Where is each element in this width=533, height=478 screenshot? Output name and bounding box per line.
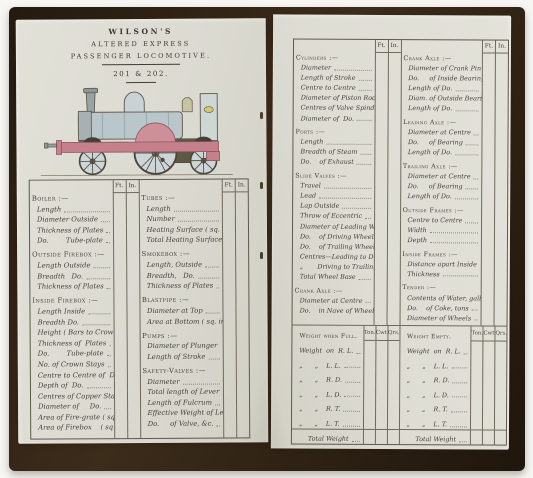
value-cell bbox=[387, 147, 400, 157]
book-photograph: WILSON'S ALTERED EXPRESS PASSENGER LOCOM… bbox=[0, 0, 533, 478]
spec-row: Length, Outside bbox=[140, 259, 249, 270]
section-heading: Inside Firebox :— bbox=[30, 295, 139, 306]
value-cell bbox=[387, 201, 400, 211]
dotted-leader bbox=[206, 313, 220, 314]
units-header: Ft.In. bbox=[401, 40, 508, 54]
value-cell bbox=[387, 371, 399, 386]
value-cell bbox=[236, 351, 249, 362]
value-cell bbox=[386, 296, 399, 306]
value-cell bbox=[373, 262, 386, 272]
value-cell bbox=[375, 341, 387, 356]
spec-row: Centre to Centre of Do. bbox=[31, 370, 140, 381]
dotted-leader bbox=[198, 277, 219, 278]
value-cell bbox=[113, 250, 126, 261]
value-cell bbox=[113, 359, 126, 370]
chimney bbox=[86, 91, 95, 112]
filler bbox=[141, 429, 250, 438]
cab-panel bbox=[200, 94, 217, 141]
value-cell bbox=[112, 204, 125, 215]
dotted-leader bbox=[451, 367, 467, 368]
spec-row: Thickness of Plates bbox=[140, 281, 249, 292]
value-cell bbox=[494, 128, 507, 138]
value-cell bbox=[126, 271, 139, 282]
value-cell bbox=[236, 330, 249, 341]
value-cell bbox=[495, 74, 508, 84]
value-cell bbox=[363, 400, 375, 415]
spec-row: Diameter at Centre bbox=[293, 295, 400, 306]
value-cell bbox=[470, 386, 482, 401]
value-cell bbox=[494, 357, 506, 372]
spec-row: Do. in Nave of Wheel bbox=[293, 305, 400, 316]
section-heading: Leading Axle :— bbox=[401, 117, 508, 128]
value-cell bbox=[375, 371, 387, 386]
dotted-leader bbox=[205, 267, 219, 268]
value-cell bbox=[127, 422, 140, 433]
value-cell bbox=[482, 371, 494, 386]
value-cell bbox=[387, 181, 400, 191]
spec-row: Length bbox=[293, 137, 400, 148]
value-cell bbox=[494, 313, 507, 323]
weight-row: „ „ L. L. bbox=[292, 356, 399, 371]
spec-row: Centre to Centre bbox=[294, 83, 401, 94]
value-cell bbox=[494, 269, 507, 279]
value-cell bbox=[481, 293, 494, 303]
spec-row: Length of Do. bbox=[401, 147, 508, 158]
value-cell bbox=[222, 214, 235, 225]
value-cell bbox=[363, 385, 375, 400]
dotted-leader bbox=[208, 358, 219, 359]
dotted-leader bbox=[93, 267, 109, 268]
spec-row: Number bbox=[139, 214, 248, 225]
dotted-leader bbox=[178, 221, 219, 222]
value-cell bbox=[235, 203, 248, 214]
value-cell bbox=[223, 376, 236, 387]
value-cell bbox=[374, 201, 387, 211]
value-cell bbox=[235, 235, 248, 246]
main-frame bbox=[60, 142, 218, 153]
spec-row: Centres of Valve Spindles bbox=[294, 103, 401, 114]
value-cell bbox=[236, 386, 249, 397]
value-cell bbox=[482, 400, 494, 415]
value-cell bbox=[494, 182, 507, 192]
value-cell bbox=[387, 341, 399, 356]
dotted-leader bbox=[472, 310, 478, 311]
value-cell bbox=[387, 114, 400, 124]
spec-row: Diameter of Piston Rod bbox=[294, 93, 401, 104]
value-cell: Qrs. bbox=[387, 326, 399, 341]
value-cell bbox=[125, 204, 138, 215]
spec-row: Length bbox=[30, 204, 139, 215]
value-cell bbox=[236, 376, 249, 387]
engine-numbers: 201 & 202. bbox=[16, 70, 266, 80]
value-cell bbox=[482, 53, 495, 63]
dotted-leader bbox=[104, 409, 110, 410]
value-cell bbox=[223, 408, 236, 419]
value-cell bbox=[494, 172, 507, 182]
value-cell bbox=[495, 94, 508, 104]
value-cell bbox=[127, 401, 140, 412]
value-cell bbox=[126, 295, 139, 306]
spec-row: Total Heating Surface, sq. ft. bbox=[140, 235, 249, 246]
filler bbox=[293, 315, 400, 325]
value-cell bbox=[481, 283, 494, 293]
value-cell bbox=[222, 270, 235, 281]
value-cell bbox=[113, 338, 126, 349]
section-heading: Safety-Valves :— bbox=[140, 365, 249, 376]
section-heading: Boiler :— bbox=[30, 193, 139, 204]
value-cell bbox=[387, 211, 400, 221]
value-cell bbox=[387, 53, 400, 63]
dotted-leader bbox=[452, 397, 467, 398]
value-cell bbox=[126, 359, 139, 370]
left-page: WILSON'S ALTERED EXPRESS PASSENGER LOCOM… bbox=[16, 18, 269, 444]
value-cell bbox=[222, 259, 235, 270]
value-cell bbox=[223, 418, 236, 429]
value-cell bbox=[235, 305, 248, 316]
spec-row: Length Outside bbox=[30, 260, 139, 271]
value-cell bbox=[386, 252, 399, 262]
value-cell bbox=[470, 430, 482, 444]
dotted-leader bbox=[324, 187, 371, 188]
spec-row: Do. of Trailing Wheels bbox=[293, 241, 400, 252]
value-cell bbox=[387, 171, 400, 181]
spec-row: Diameter of Crank Pin bbox=[401, 63, 508, 74]
weight-row: „ „ L. L. bbox=[400, 356, 507, 371]
weight-row: „ „ R. D. bbox=[292, 370, 399, 385]
dotted-leader bbox=[452, 382, 467, 383]
value-cell bbox=[386, 414, 398, 429]
value-cell: Ft. bbox=[482, 40, 495, 53]
value-cell bbox=[470, 342, 482, 357]
value-cell bbox=[494, 205, 507, 215]
value-cell bbox=[482, 415, 494, 430]
value-cell bbox=[375, 385, 387, 400]
value-cell bbox=[126, 306, 139, 317]
value-cell bbox=[481, 148, 494, 158]
spec-row: Do. of Valve, &c. bbox=[141, 418, 250, 429]
value-cell bbox=[373, 242, 386, 252]
weight-subtable: Weight when Full.Ton.Cwt.Qrs.Weight on R… bbox=[292, 325, 399, 444]
dotted-leader bbox=[359, 90, 372, 91]
spec-row: „ Driving to Trailing bbox=[293, 261, 400, 272]
spec-row: Do. of Bearing bbox=[401, 137, 508, 148]
spec-row: Diameter of Plunger bbox=[140, 341, 249, 352]
spec-row: Width bbox=[400, 225, 507, 236]
spec-row: Diam. of Outside Bearing bbox=[401, 93, 508, 104]
value-cell bbox=[482, 342, 494, 357]
value-cell bbox=[374, 53, 387, 63]
cylinders-axles-spec-table: Ft.In.Cylinders :—DiameterLength of Stro… bbox=[291, 38, 509, 445]
value-cell bbox=[482, 386, 494, 401]
value-cell bbox=[113, 348, 126, 359]
value-cell bbox=[387, 93, 400, 103]
spec-row: Area at Bottom ( sq. ins. ) bbox=[140, 316, 249, 327]
weight-row: „ „ R. T. bbox=[400, 400, 507, 415]
value-cell bbox=[223, 429, 236, 438]
spec-row: Centres of Copper Stays bbox=[31, 391, 140, 402]
dotted-leader bbox=[82, 324, 110, 325]
value-cell bbox=[494, 259, 507, 269]
value-cell bbox=[470, 415, 482, 430]
value-cell bbox=[235, 249, 248, 260]
dotted-leader bbox=[326, 144, 371, 145]
value-cell bbox=[113, 271, 126, 282]
value-cell bbox=[481, 313, 494, 323]
dotted-leader bbox=[109, 345, 110, 346]
value-cell bbox=[387, 73, 400, 83]
value-cell bbox=[223, 351, 236, 362]
weight-header: Weight when Full.Ton.Cwt.Qrs. bbox=[292, 326, 399, 342]
smokebox bbox=[78, 111, 91, 140]
title-block: WILSON'S ALTERED EXPRESS PASSENGER LOCOM… bbox=[16, 26, 266, 84]
value-cell bbox=[386, 232, 399, 242]
spec-row: Thickness bbox=[400, 269, 507, 280]
dotted-leader bbox=[345, 381, 360, 382]
value-cell bbox=[374, 83, 387, 93]
spec-row: Thickness of Plates bbox=[30, 281, 139, 292]
value-cell bbox=[495, 64, 508, 74]
spec-row: Do. of Inside Bearing bbox=[401, 73, 508, 84]
value-cell bbox=[494, 342, 506, 357]
value-cell bbox=[481, 192, 494, 202]
value-cell bbox=[374, 127, 387, 137]
value-cell: Ft. bbox=[222, 179, 235, 192]
spec-row: Length Inside bbox=[30, 306, 139, 317]
weight-row: Weight on R. L. bbox=[400, 341, 507, 356]
safety-valve-column bbox=[182, 98, 192, 112]
spec-row: Length of Do. bbox=[401, 104, 508, 115]
value-cell bbox=[236, 341, 249, 352]
value-cell bbox=[387, 137, 400, 147]
value-cell bbox=[223, 330, 236, 341]
value-cell bbox=[375, 356, 387, 371]
value-cell bbox=[112, 214, 125, 225]
spec-row: Diameter of Wheels bbox=[400, 313, 507, 324]
spec-row: Height ( Bars to Crown ) bbox=[31, 327, 140, 338]
value-cell bbox=[223, 341, 236, 352]
value-cell bbox=[387, 63, 400, 73]
value-cell bbox=[374, 430, 386, 444]
dotted-leader bbox=[357, 164, 371, 165]
section-heading: Outside Frames :— bbox=[401, 205, 508, 216]
spec-row: No. of Crown Stays bbox=[31, 359, 140, 370]
title-rule bbox=[102, 64, 180, 66]
spec-row: Breadth Do. bbox=[30, 271, 139, 282]
value-cell bbox=[482, 84, 495, 94]
dotted-leader bbox=[455, 198, 478, 199]
value-cell bbox=[374, 137, 387, 147]
value-cell bbox=[236, 418, 249, 429]
dotted-leader bbox=[107, 356, 111, 357]
value-cell bbox=[236, 365, 249, 376]
value-cell bbox=[375, 400, 387, 415]
dotted-leader bbox=[455, 90, 478, 91]
value-cell bbox=[126, 281, 139, 292]
dotted-leader bbox=[455, 154, 478, 155]
section-heading: Crank Axle :— bbox=[401, 53, 508, 64]
dotted-leader bbox=[88, 313, 110, 314]
value-cell bbox=[362, 430, 374, 444]
value-cell bbox=[374, 63, 387, 73]
value-cell bbox=[481, 128, 494, 138]
value-cell bbox=[127, 412, 140, 423]
dotted-leader bbox=[106, 232, 109, 233]
spec-row: Centres—Leading to Driving bbox=[293, 251, 400, 262]
weight-header: Weight Empty.Ton.Cwt.Qrs. bbox=[400, 326, 507, 342]
value-cell bbox=[126, 348, 139, 359]
dotted-leader bbox=[474, 178, 479, 179]
value-cell bbox=[373, 306, 386, 316]
dotted-leader bbox=[474, 320, 477, 321]
value-cell: Ft. bbox=[112, 180, 125, 193]
dotted-leader bbox=[334, 69, 371, 70]
value-cell bbox=[494, 215, 507, 225]
book-title: WILSON'S bbox=[16, 26, 266, 37]
value-cell bbox=[494, 283, 507, 293]
value-cell bbox=[236, 397, 249, 408]
value-cell bbox=[114, 401, 127, 412]
dotted-leader bbox=[466, 188, 479, 189]
value-cell bbox=[387, 400, 399, 415]
section-heading: Cylinders :— bbox=[294, 52, 401, 63]
units-header: Ft.In. bbox=[30, 180, 139, 194]
section-heading: Crank Axle :— bbox=[293, 285, 400, 296]
value-cell bbox=[386, 272, 399, 282]
weight-row: „ „ L. D. bbox=[292, 385, 399, 400]
value-cell bbox=[374, 113, 387, 123]
value-cell bbox=[387, 157, 400, 167]
dotted-leader bbox=[455, 110, 478, 111]
value-cell bbox=[113, 370, 126, 381]
spec-row: Diameter at Centre bbox=[401, 127, 508, 138]
dotted-leader bbox=[352, 440, 360, 441]
value-cell bbox=[374, 191, 387, 201]
book-subtitle-1: ALTERED EXPRESS bbox=[16, 39, 266, 49]
value-cell bbox=[126, 249, 139, 260]
section-heading: Smokebox :— bbox=[140, 249, 249, 260]
value-cell bbox=[222, 224, 235, 235]
value-cell: In. bbox=[495, 41, 508, 54]
chimney-cap bbox=[84, 88, 98, 93]
value-cell bbox=[363, 356, 375, 371]
value-cell bbox=[126, 327, 139, 338]
value-cell bbox=[482, 118, 495, 128]
value-cell bbox=[113, 260, 126, 271]
weight-row: Weight on R. L. bbox=[292, 341, 399, 356]
value-cell bbox=[494, 386, 506, 401]
section-heading: Pumps :— bbox=[140, 330, 249, 341]
dotted-leader bbox=[365, 218, 371, 219]
spec-row: Diameter bbox=[140, 376, 249, 387]
binding-stitch bbox=[260, 112, 263, 119]
spec-row: Effective Weight of Lever bbox=[141, 408, 250, 419]
spec-row: Length of Do. bbox=[401, 191, 508, 202]
dotted-leader bbox=[215, 404, 220, 405]
value-cell bbox=[387, 385, 399, 400]
value-cell bbox=[113, 235, 126, 246]
value-cell bbox=[481, 172, 494, 182]
value-cell bbox=[386, 242, 399, 252]
value-cell bbox=[494, 431, 506, 445]
value-cell bbox=[235, 281, 248, 292]
units-header: Ft.In. bbox=[139, 179, 248, 193]
dotted-leader bbox=[106, 243, 110, 244]
value-cell: Ton. bbox=[470, 327, 482, 342]
section-heading: Outside Firebox :— bbox=[30, 249, 139, 260]
value-cell bbox=[387, 103, 400, 113]
value-cell: In. bbox=[125, 180, 138, 193]
dotted-leader bbox=[464, 353, 468, 354]
buffer-beam bbox=[56, 140, 61, 154]
value-cell bbox=[470, 356, 482, 371]
value-cell bbox=[494, 161, 507, 171]
dotted-leader bbox=[108, 366, 111, 367]
ground-line bbox=[41, 174, 233, 175]
spec-row: Diameter bbox=[294, 63, 401, 74]
value-cell bbox=[236, 429, 249, 438]
boiler-firebox-spec-table: Ft.In.Boiler :—LengthDiameter OutsideThi… bbox=[29, 178, 251, 439]
value-cell bbox=[374, 211, 387, 221]
spec-row: Do. Tube-plate bbox=[31, 348, 140, 359]
binding-stitch bbox=[260, 252, 263, 259]
dotted-leader bbox=[86, 278, 110, 279]
spec-row: Heating Surface ( sq. ft. ) bbox=[139, 224, 248, 235]
value-cell bbox=[481, 161, 494, 171]
dotted-leader bbox=[358, 80, 371, 81]
value-cell: In. bbox=[235, 179, 248, 192]
value-cell bbox=[482, 74, 495, 84]
spec-row: Distance apart Inside bbox=[400, 259, 507, 270]
value-cell bbox=[112, 225, 125, 236]
book-subtitle-2: PASSENGER LOCOMOTIVE. bbox=[16, 51, 266, 61]
value-cell bbox=[235, 295, 248, 306]
dotted-leader bbox=[107, 289, 110, 290]
dotted-leader bbox=[344, 396, 359, 397]
value-cell bbox=[386, 286, 399, 296]
dotted-leader bbox=[319, 197, 371, 198]
value-cell: Ft. bbox=[374, 40, 387, 53]
spec-row: Breadth of Steam bbox=[293, 147, 400, 158]
value-cell bbox=[223, 365, 236, 376]
value-cell bbox=[222, 305, 235, 316]
value-cell bbox=[126, 370, 139, 381]
dotted-leader bbox=[87, 387, 111, 388]
value-cell: Ton. bbox=[363, 326, 375, 341]
value-cell bbox=[387, 191, 400, 201]
value-cell bbox=[495, 84, 508, 94]
dotted-leader bbox=[365, 302, 370, 303]
spec-row: Total length of Lever bbox=[140, 386, 249, 397]
spec-row: Length of Do. bbox=[401, 83, 508, 94]
value-cell bbox=[235, 224, 248, 235]
spec-row: Area of Firebox ( sq. ft. ) bbox=[31, 422, 140, 433]
value-cell bbox=[222, 192, 235, 203]
spec-row: Breadth Do. bbox=[31, 317, 140, 328]
spec-row: Diameter at Centre bbox=[401, 171, 508, 182]
value-cell bbox=[126, 380, 139, 391]
value-cell bbox=[374, 93, 387, 103]
binding-stitch bbox=[260, 182, 263, 189]
units-header: Ft.In. bbox=[294, 39, 401, 53]
dotted-leader bbox=[343, 425, 360, 426]
locomotive-illustration bbox=[36, 80, 237, 183]
value-cell bbox=[374, 171, 387, 181]
dotted-leader bbox=[344, 367, 360, 368]
spec-row: Contents of Water, gallons bbox=[400, 293, 507, 304]
spec-row: Do. of Exhaust bbox=[293, 157, 400, 168]
section-heading: Slide Valves :— bbox=[293, 171, 400, 182]
spec-row: Do. of Coke, tons bbox=[400, 303, 507, 314]
